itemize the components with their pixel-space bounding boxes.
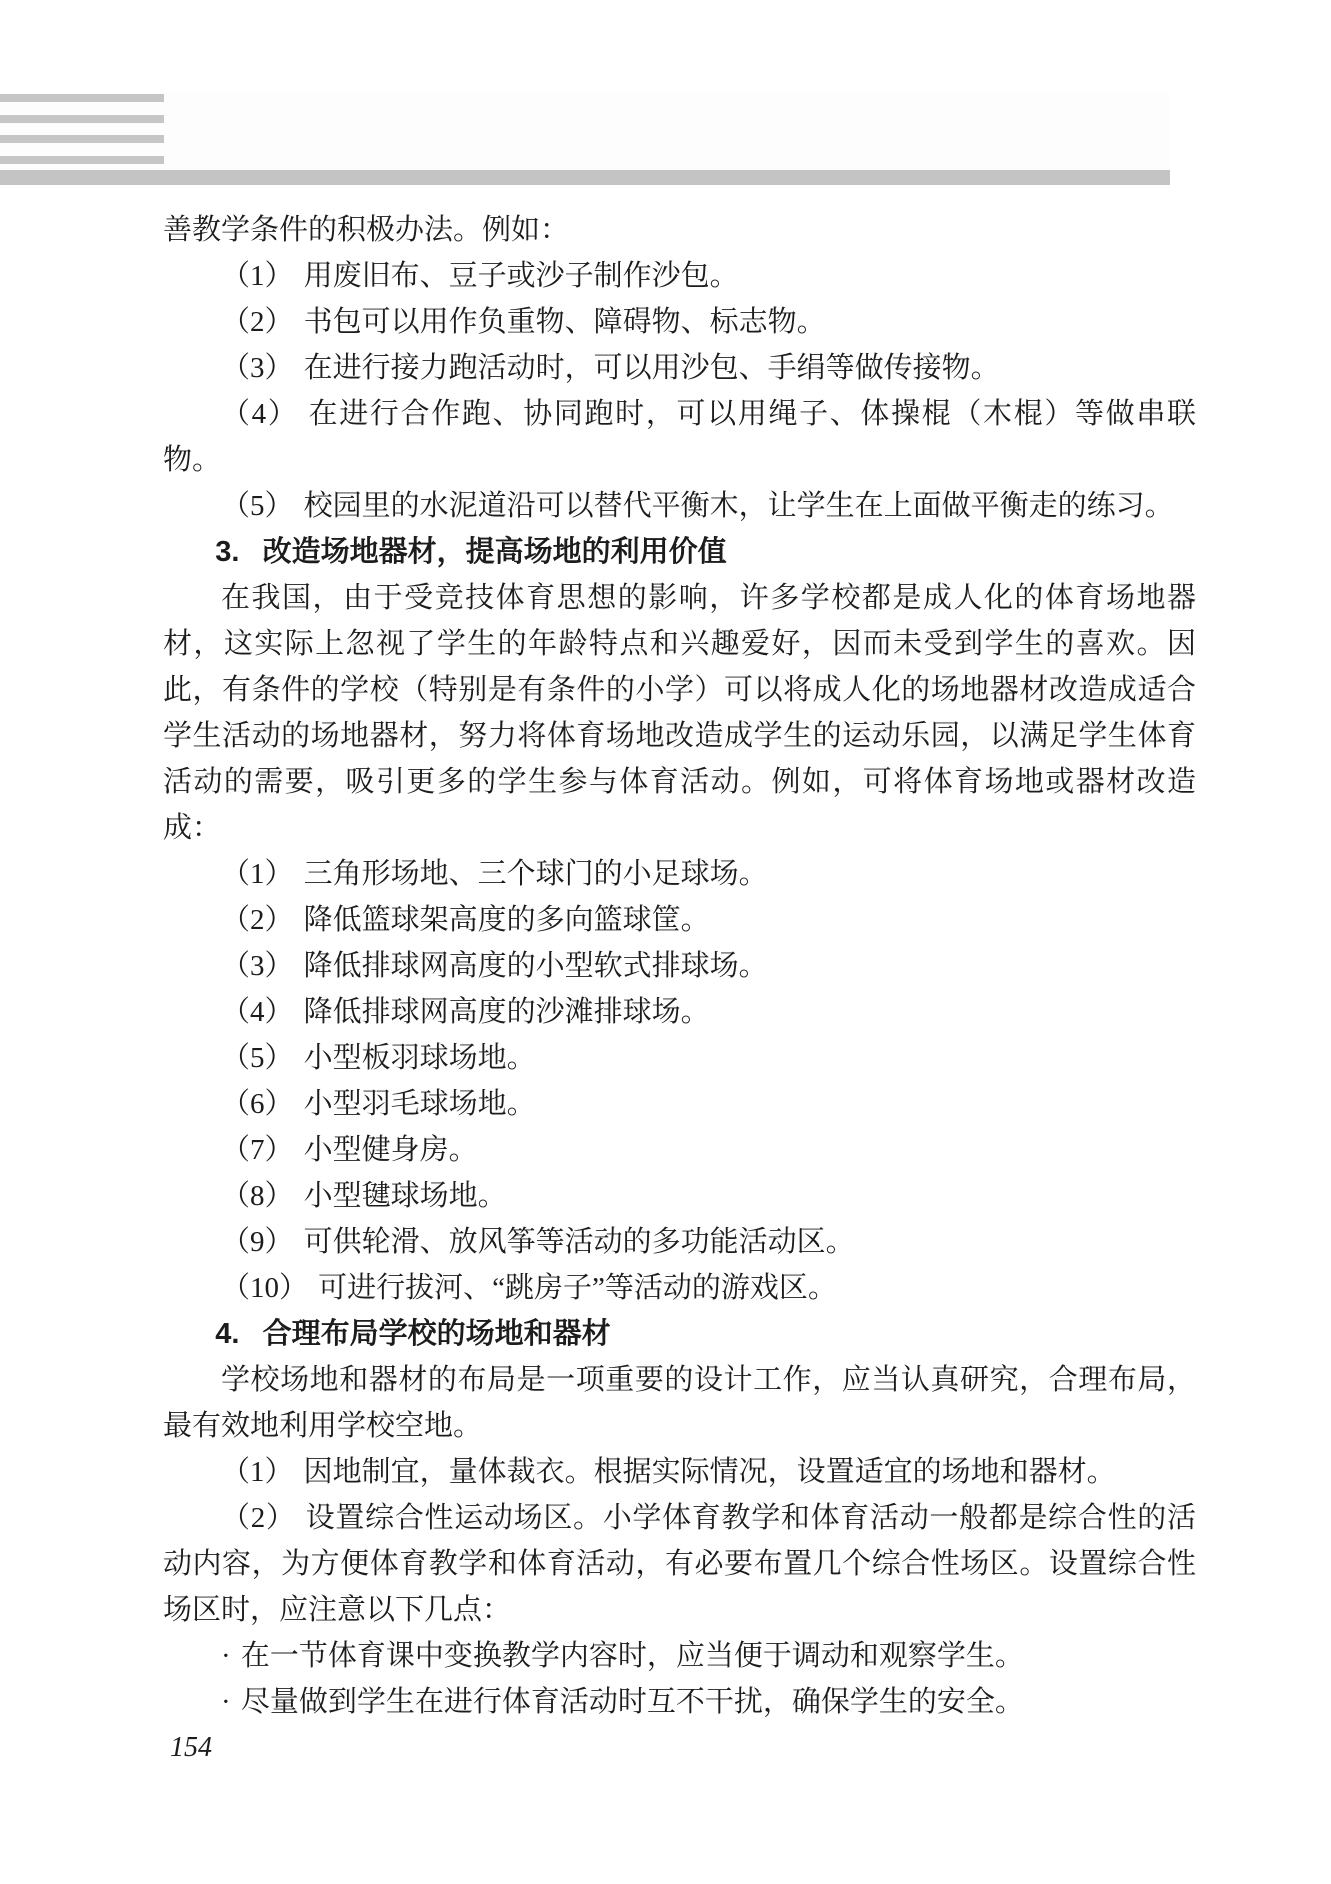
- item-marker: （4）: [221, 398, 298, 430]
- list-item: （3）在进行接力跑活动时，可以用沙包、手绢等做传接物。: [163, 345, 1196, 391]
- item-text: 用废旧布、豆子或沙子制作沙包。: [304, 260, 739, 292]
- item-marker: （3）: [221, 352, 294, 384]
- item-marker: （7）: [221, 1134, 294, 1166]
- item-marker: （10）: [221, 1272, 308, 1304]
- paragraph: 学校场地和器材的布局是一项重要的设计工作，应当认真研究，合理布局，最有效地利用学…: [163, 1357, 1196, 1449]
- list-item: （5）小型板羽球场地。: [163, 1035, 1196, 1081]
- list-item: （9）可供轮滑、放风筝等活动的多功能活动区。: [163, 1219, 1196, 1265]
- list-item: （5）校园里的水泥道沿可以替代平衡木，让学生在上面做平衡走的练习。: [163, 483, 1196, 529]
- bullet-dot: ·: [221, 1686, 231, 1718]
- list-item: （1）三角形场地、三个球门的小足球场。: [163, 851, 1196, 897]
- item-marker: （5）: [221, 1042, 294, 1074]
- item-text: 降低篮球架高度的多向篮球筐。: [304, 904, 710, 936]
- header-stripe-4: [0, 156, 164, 164]
- document-page: 善教学条件的积极办法。例如：（1）用废旧布、豆子或沙子制作沙包。（2）书包可以用…: [0, 0, 1331, 1884]
- header-stripe-2: [0, 115, 164, 123]
- item-marker: （9）: [221, 1226, 294, 1258]
- list-item: （4）在进行合作跑、协同跑时，可以用绳子、体操棍（木棍）等做串联物。: [163, 391, 1196, 483]
- item-text: 降低排球网高度的小型软式排球场。: [304, 950, 768, 982]
- heading-title: 合理布局学校的场地和器材: [263, 1318, 611, 1350]
- item-marker: （2）: [221, 306, 294, 338]
- header-rule-bar: [0, 170, 1170, 185]
- section-heading: 3.改造场地器材，提高场地的利用价值: [163, 529, 1196, 575]
- paragraph: 在我国，由于受竞技体育思想的影响，许多学校都是成人化的体育场地器材，这实际上忽视…: [163, 575, 1196, 851]
- item-marker: （1）: [221, 260, 294, 292]
- header-background-band: [0, 93, 1170, 170]
- item-text: 可进行拔河、“跳房子”等活动的游戏区。: [318, 1272, 837, 1304]
- bullet-item: ·尽量做到学生在进行体育活动时互不干扰，确保学生的安全。: [163, 1679, 1196, 1725]
- item-text: 在进行接力跑活动时，可以用沙包、手绢等做传接物。: [304, 352, 1000, 384]
- bullet-dot: ·: [221, 1640, 231, 1672]
- item-text: 小型板羽球场地。: [304, 1042, 536, 1074]
- page-number: 154: [170, 1732, 212, 1764]
- list-item: （7）小型健身房。: [163, 1127, 1196, 1173]
- item-marker: （1）: [221, 858, 294, 890]
- item-text: 在一节体育课中变换教学内容时，应当便于调动和观察学生。: [241, 1640, 1024, 1672]
- bullet-item: ·在一节体育课中变换教学内容时，应当便于调动和观察学生。: [163, 1633, 1196, 1679]
- item-text: 书包可以用作负重物、障碍物、标志物。: [304, 306, 826, 338]
- item-text: 小型健身房。: [304, 1134, 478, 1166]
- section-heading: 4.合理布局学校的场地和器材: [163, 1311, 1196, 1357]
- item-marker: （5）: [221, 490, 294, 522]
- document-body: 善教学条件的积极办法。例如：（1）用废旧布、豆子或沙子制作沙包。（2）书包可以用…: [163, 207, 1196, 1725]
- item-marker: （8）: [221, 1180, 294, 1212]
- item-text: 校园里的水泥道沿可以替代平衡木，让学生在上面做平衡走的练习。: [304, 490, 1174, 522]
- item-text: 尽量做到学生在进行体育活动时互不干扰，确保学生的安全。: [241, 1686, 1024, 1718]
- list-item: （4）降低排球网高度的沙滩排球场。: [163, 989, 1196, 1035]
- paragraph: 善教学条件的积极办法。例如：: [163, 207, 1196, 253]
- item-text: 因地制宜，量体裁衣。根据实际情况，设置适宜的场地和器材。: [304, 1456, 1116, 1488]
- item-marker: （4）: [221, 996, 294, 1028]
- item-text: 在进行合作跑、协同跑时，可以用绳子、体操棍（木棍）等做串联物。: [163, 398, 1196, 476]
- item-text: 可供轮滑、放风筝等活动的多功能活动区。: [304, 1226, 855, 1258]
- list-item: （10）可进行拔河、“跳房子”等活动的游戏区。: [163, 1265, 1196, 1311]
- header-stripe-3: [0, 135, 164, 143]
- list-item: （2）降低篮球架高度的多向篮球筐。: [163, 897, 1196, 943]
- list-item: （6）小型羽毛球场地。: [163, 1081, 1196, 1127]
- list-item: （1）用废旧布、豆子或沙子制作沙包。: [163, 253, 1196, 299]
- list-item: （8）小型毽球场地。: [163, 1173, 1196, 1219]
- list-item: （2）书包可以用作负重物、障碍物、标志物。: [163, 299, 1196, 345]
- header-stripe-1: [0, 94, 164, 102]
- list-item: （3）降低排球网高度的小型软式排球场。: [163, 943, 1196, 989]
- item-marker: （3）: [221, 950, 294, 982]
- item-marker: （6）: [221, 1088, 294, 1120]
- item-text: 降低排球网高度的沙滩排球场。: [304, 996, 710, 1028]
- heading-title: 改造场地器材，提高场地的利用价值: [263, 536, 727, 568]
- item-text: 设置综合性运动场区。小学体育教学和体育活动一般都是综合性的活动内容，为方便体育教…: [163, 1502, 1196, 1626]
- list-item: （2）设置综合性运动场区。小学体育教学和体育活动一般都是综合性的活动内容，为方便…: [163, 1495, 1196, 1633]
- list-item: （1）因地制宜，量体裁衣。根据实际情况，设置适宜的场地和器材。: [163, 1449, 1196, 1495]
- item-text: 小型毽球场地。: [304, 1180, 507, 1212]
- heading-number: 3.: [215, 536, 239, 568]
- item-marker: （2）: [221, 1502, 296, 1534]
- item-marker: （2）: [221, 904, 294, 936]
- item-marker: （1）: [221, 1456, 294, 1488]
- item-text: 三角形场地、三个球门的小足球场。: [304, 858, 768, 890]
- heading-number: 4.: [215, 1318, 239, 1350]
- item-text: 小型羽毛球场地。: [304, 1088, 536, 1120]
